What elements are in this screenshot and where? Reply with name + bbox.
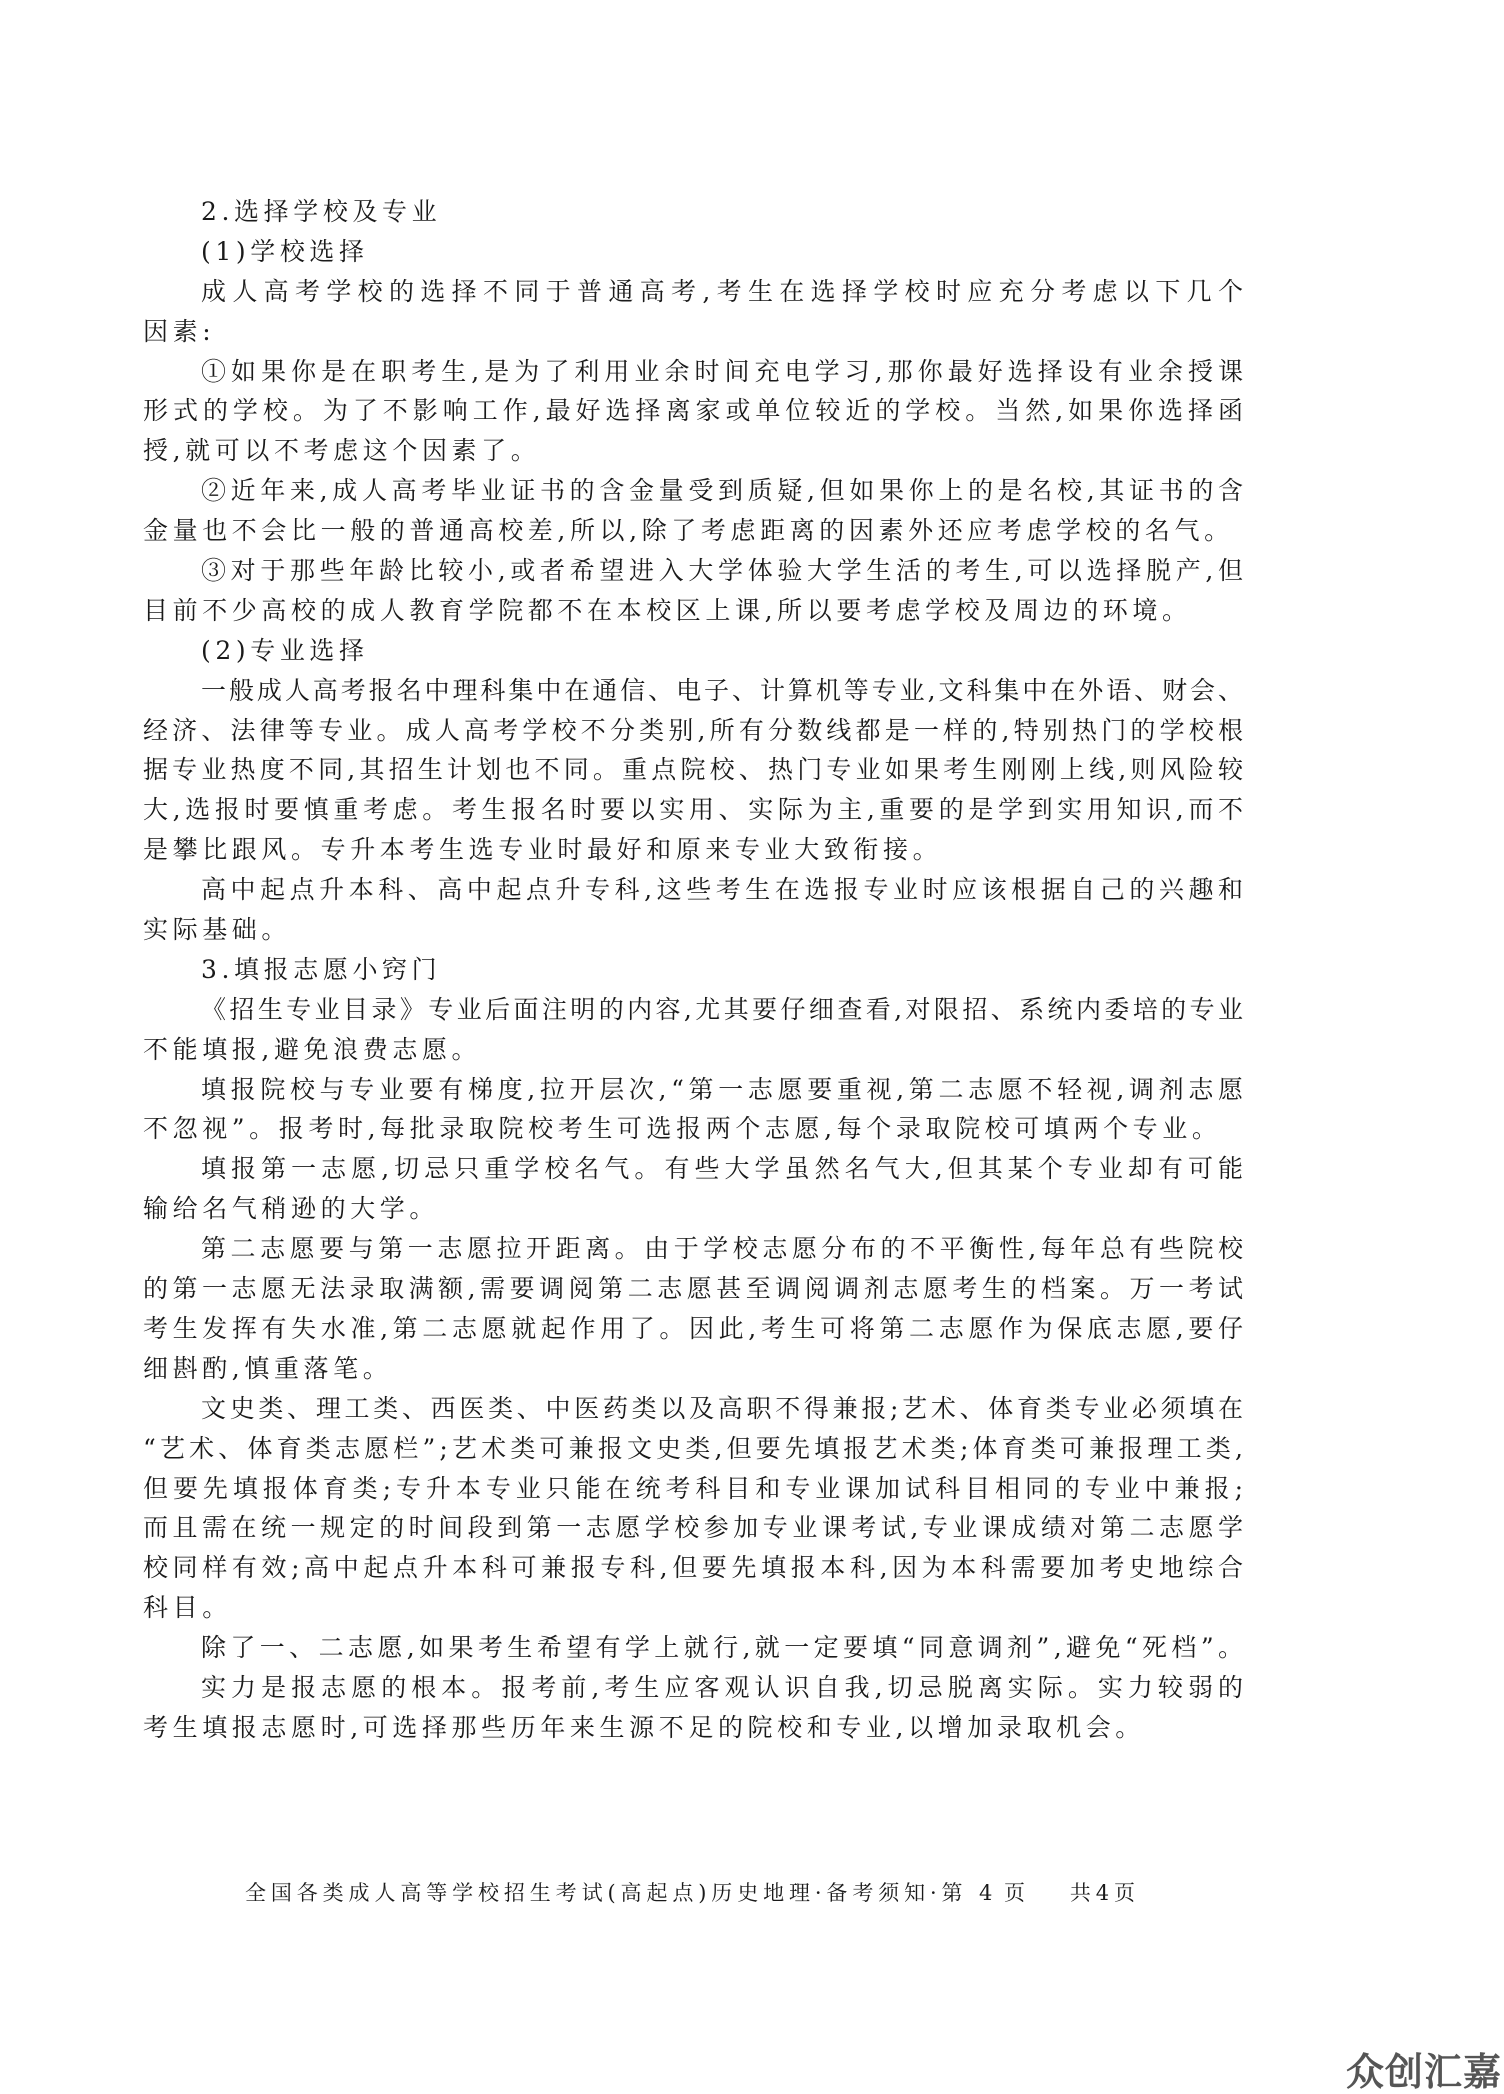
text-line: 填报院校与专业要有梯度,拉开层次,“第一志愿要重视,第二志愿不轻视,调剂志愿 bbox=[143, 1070, 1243, 1110]
text-line: ③对于那些年龄比较小,或者希望进入大学体验大学生活的考生,可以选择脱产,但 bbox=[143, 551, 1243, 591]
text-line: 因素: bbox=[143, 312, 1243, 352]
text-line: 而且需在统一规定的时间段到第一志愿学校参加专业课考试,专业课成绩对第二志愿学 bbox=[143, 1508, 1243, 1548]
footer-page-total: 共4页 bbox=[1070, 1881, 1135, 1905]
text-line: 高中起点升本科、高中起点升专科,这些考生在选报专业时应该根据自己的兴趣和 bbox=[143, 870, 1243, 910]
text-line: 文史类、理工类、西医类、中医药类以及高职不得兼报;艺术、体育类专业必须填在 bbox=[143, 1389, 1243, 1429]
text-line: 输给名气稍逊的大学。 bbox=[143, 1189, 1243, 1229]
text-line: 一般成人高考报名中理科集中在通信、电子、计算机等专业,文科集中在外语、财会、 bbox=[143, 671, 1243, 711]
page-footer: 全国各类成人高等学校招生考试(高起点)历史地理·备考须知·第 4 页共4页 bbox=[245, 1878, 1135, 1908]
text-line: 填报第一志愿,切忌只重学校名气。有些大学虽然名气大,但其某个专业却有可能 bbox=[143, 1149, 1243, 1189]
section-heading: 2.选择学校及专业 bbox=[143, 192, 1243, 232]
text-line: 考生发挥有失水准,第二志愿就起作用了。因此,考生可将第二志愿作为保底志愿,要仔 bbox=[143, 1309, 1243, 1349]
text-line: 据专业热度不同,其招生计划也不同。重点院校、热门专业如果考生刚刚上线,则风险较 bbox=[143, 750, 1243, 790]
text-line: 形式的学校。为了不影响工作,最好选择离家或单位较近的学校。当然,如果你选择函 bbox=[143, 391, 1243, 431]
section-heading: (2)专业选择 bbox=[143, 631, 1243, 671]
body-text: 2.选择学校及专业(1)学校选择成人高考学校的选择不同于普通高考,考生在选择学校… bbox=[143, 192, 1243, 1748]
text-line: 但要先填报体育类;专升本专业只能在统考科目和专业课加试科目相同的专业中兼报; bbox=[143, 1469, 1243, 1509]
text-line: 金量也不会比一般的普通高校差,所以,除了考虑距离的因素外还应考虑学校的名气。 bbox=[143, 511, 1243, 551]
text-line: 是攀比跟风。专升本考生选专业时最好和原来专业大致衔接。 bbox=[143, 830, 1243, 870]
footer-title: 全国各类成人高等学校招生考试(高起点)历史地理·备考须知·第 4 页 bbox=[245, 1881, 1030, 1905]
text-line: 授,就可以不考虑这个因素了。 bbox=[143, 431, 1243, 471]
text-line: ②近年来,成人高考毕业证书的含金量受到质疑,但如果你上的是名校,其证书的含 bbox=[143, 471, 1243, 511]
document-page: 2.选择学校及专业(1)学校选择成人高考学校的选择不同于普通高考,考生在选择学校… bbox=[0, 0, 1504, 2094]
text-line: ①如果你是在职考生,是为了利用业余时间充电学习,那你最好选择设有业余授课 bbox=[143, 352, 1243, 392]
text-line: 不忽视”。报考时,每批录取院校考生可选报两个志愿,每个录取院校可填两个专业。 bbox=[143, 1109, 1243, 1149]
text-line: 校同样有效;高中起点升本科可兼报专科,但要先填报本科,因为本科需要加考史地综合 bbox=[143, 1548, 1243, 1588]
text-line: 《招生专业目录》专业后面注明的内容,尤其要仔细查看,对限招、系统内委培的专业 bbox=[143, 990, 1243, 1030]
text-line: 第二志愿要与第一志愿拉开距离。由于学校志愿分布的不平衡性,每年总有些院校 bbox=[143, 1229, 1243, 1269]
text-line: 大,选报时要慎重考虑。考生报名时要以实用、实际为主,重要的是学到实用知识,而不 bbox=[143, 790, 1243, 830]
watermark-logo: 众创汇嘉 bbox=[1346, 2050, 1502, 2094]
text-line: “艺术、体育类志愿栏”;艺术类可兼报文史类,但要先填报艺术类;体育类可兼报理工类… bbox=[143, 1429, 1243, 1469]
section-heading: 3.填报志愿小窍门 bbox=[143, 950, 1243, 990]
text-line: 细斟酌,慎重落笔。 bbox=[143, 1349, 1243, 1389]
text-line: 的第一志愿无法录取满额,需要调阅第二志愿甚至调阅调剂志愿考生的档案。万一考试 bbox=[143, 1269, 1243, 1309]
text-line: 实力是报志愿的根本。报考前,考生应客观认识自我,切忌脱离实际。实力较弱的 bbox=[143, 1668, 1243, 1708]
text-line: 不能填报,避免浪费志愿。 bbox=[143, 1030, 1243, 1070]
text-line: 目前不少高校的成人教育学院都不在本校区上课,所以要考虑学校及周边的环境。 bbox=[143, 591, 1243, 631]
section-heading: (1)学校选择 bbox=[143, 232, 1243, 272]
text-line: 科目。 bbox=[143, 1588, 1243, 1628]
text-line: 实际基础。 bbox=[143, 910, 1243, 950]
text-line: 除了一、二志愿,如果考生希望有学上就行,就一定要填“同意调剂”,避免“死档”。 bbox=[143, 1628, 1243, 1668]
text-line: 考生填报志愿时,可选择那些历年来生源不足的院校和专业,以增加录取机会。 bbox=[143, 1708, 1243, 1748]
text-line: 经济、法律等专业。成人高考学校不分类别,所有分数线都是一样的,特别热门的学校根 bbox=[143, 711, 1243, 751]
text-line: 成人高考学校的选择不同于普通高考,考生在选择学校时应充分考虑以下几个 bbox=[143, 272, 1243, 312]
